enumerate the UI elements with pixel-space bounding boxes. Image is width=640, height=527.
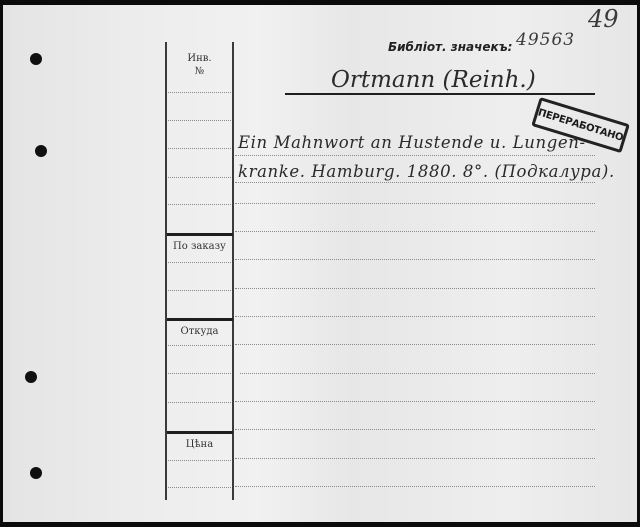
library-mark-value: 49563 — [516, 30, 575, 50]
punch-hole-icon — [30, 467, 42, 479]
text-line[interactable] — [235, 155, 595, 156]
punch-hole-icon — [35, 145, 47, 157]
field-line[interactable] — [168, 460, 231, 461]
text-line[interactable] — [235, 401, 595, 402]
number-label: № — [167, 66, 232, 77]
field-line[interactable] — [168, 204, 231, 205]
text-line[interactable] — [235, 182, 595, 183]
field-line[interactable] — [168, 120, 231, 121]
field-line[interactable] — [168, 345, 231, 346]
field-line[interactable] — [168, 148, 231, 149]
field-line[interactable] — [168, 92, 231, 93]
text-line[interactable] — [235, 203, 595, 204]
text-line[interactable] — [235, 458, 595, 459]
author-name: Ortmann (Reinh.) — [331, 67, 536, 93]
title-line-1: Ein Mahnwort an Hustende u. Lungen- — [238, 133, 586, 152]
price-label: Цѣна — [167, 439, 232, 450]
text-line[interactable] — [235, 429, 595, 430]
field-line[interactable] — [168, 402, 231, 403]
text-line[interactable] — [235, 344, 595, 345]
catalog-card: Инв. № По заказу Откуда Цѣна Библіот. зн… — [3, 5, 637, 522]
order-label: По заказу — [167, 241, 232, 252]
source-label: Откуда — [167, 326, 232, 337]
corner-number: 49 — [588, 5, 619, 33]
section-divider — [167, 431, 233, 434]
author-underline — [285, 93, 595, 95]
library-mark-label: Библіот. значекъ: — [388, 40, 512, 54]
punch-hole-icon — [30, 53, 42, 65]
text-line[interactable] — [235, 486, 595, 487]
text-line[interactable] — [235, 316, 595, 317]
section-divider — [167, 233, 233, 236]
field-line[interactable] — [168, 373, 231, 374]
punch-hole-icon — [25, 371, 37, 383]
section-divider — [167, 318, 233, 321]
field-line[interactable] — [168, 262, 231, 263]
text-line[interactable] — [235, 231, 595, 232]
field-line[interactable] — [168, 290, 231, 291]
text-line[interactable] — [235, 259, 595, 260]
text-line[interactable] — [240, 373, 595, 374]
field-line[interactable] — [168, 177, 231, 178]
field-line[interactable] — [168, 487, 231, 488]
text-line[interactable] — [235, 288, 595, 289]
title-line-2: kranke. Hamburg. 1880. 8°. (Подкалура). — [238, 162, 615, 181]
inventory-label: Инв. — [167, 53, 232, 64]
